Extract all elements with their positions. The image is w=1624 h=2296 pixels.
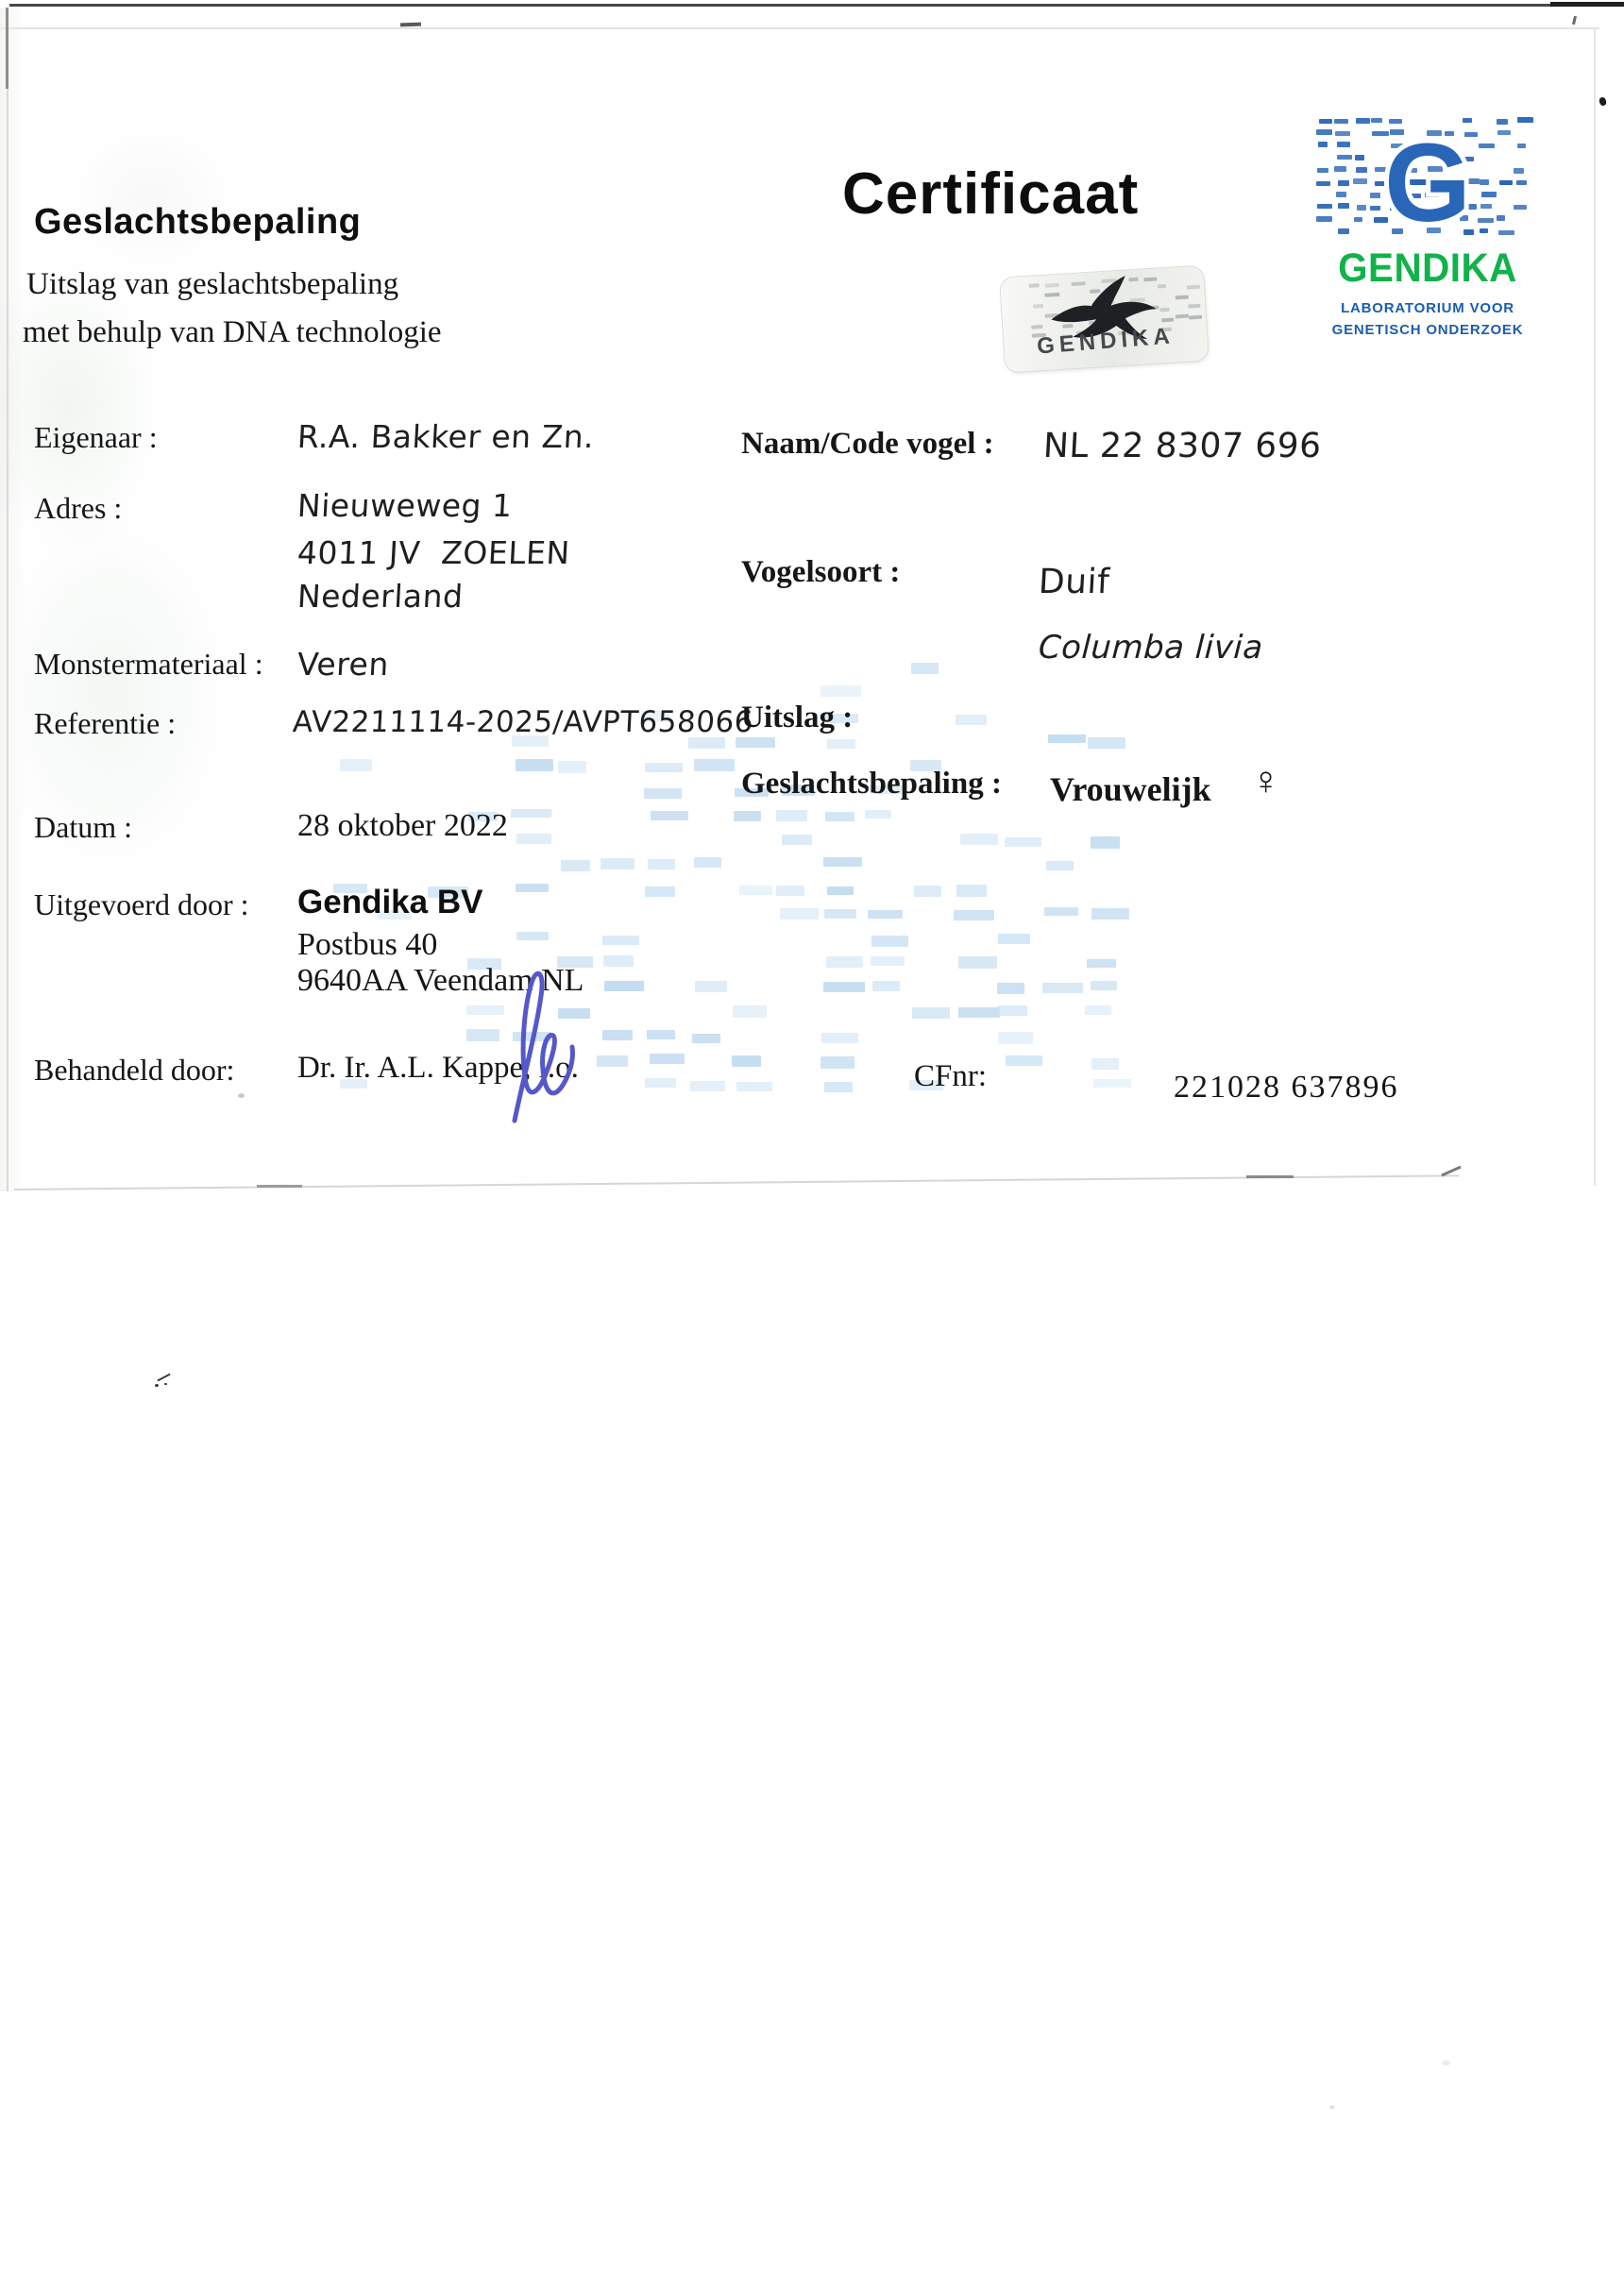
- field-label-naam-code-vogel: Naam/Code vogel :: [741, 427, 994, 462]
- paper-top-edge: [0, 27, 1599, 29]
- certificate-heading: Certificaat: [842, 160, 1139, 228]
- field-value-vogelsoort-latin: Columba livia: [1038, 629, 1264, 667]
- field-label-vogelsoort: Vogelsoort :: [741, 555, 900, 590]
- document-title: Geslachtsbepaling: [34, 202, 361, 243]
- document-subtitle-line1: Uitslag van geslachtsbepaling: [26, 267, 398, 302]
- ink-mark: [155, 1384, 159, 1387]
- svg-text:G: G: [1384, 121, 1471, 244]
- paper-bottom-edge: [14, 1174, 1459, 1190]
- field-label-behandeld-door: Behandeld door:: [34, 1053, 234, 1088]
- scan-speck: [1442, 2060, 1450, 2066]
- field-value-adres-line3: Nederland: [296, 578, 465, 615]
- field-label-monstermateriaal: Monstermateriaal :: [34, 647, 263, 682]
- field-value-eigenaar: R.A. Bakker en Zn.: [296, 418, 595, 455]
- field-value-cfnr: 221028 637896: [1174, 1070, 1399, 1106]
- field-value-uitgevoerd-company: Gendika BV: [297, 884, 482, 921]
- field-value-uitgevoerd-postbus: Postbus 40: [297, 927, 437, 963]
- dna-gel-g-icon: G: [1314, 115, 1541, 244]
- field-value-geslachtsbepaling: Vrouwelijk: [1050, 769, 1211, 809]
- field-value-adres-line1: Nieuweweg 1: [296, 487, 514, 524]
- field-label-eigenaar: Eigenaar :: [34, 420, 158, 455]
- field-label-cfnr: CFnr:: [914, 1059, 987, 1094]
- field-value-adres-line2: 4011 JV ZOELEN: [296, 534, 571, 571]
- field-label-uitslag: Uitslag :: [741, 701, 853, 735]
- document-subtitle-line2: met behulp van DNA technologie: [23, 315, 442, 350]
- field-label-uitgevoerd-door: Uitgevoerd door :: [34, 887, 249, 922]
- logo-tagline-line2: GENETISCH ONDERZOEK: [1314, 322, 1541, 338]
- scan-speck: [1329, 2105, 1335, 2109]
- female-symbol-icon: ♀: [1251, 759, 1281, 804]
- field-value-vogelsoort: Duif: [1038, 563, 1110, 601]
- scan-artifact-dot: [1599, 96, 1607, 107]
- ink-mark: [164, 1383, 167, 1385]
- scan-artifact-tick: [1572, 16, 1577, 25]
- scan-artifact-dash: [257, 1185, 302, 1188]
- paper-left-shadow: [0, 8, 25, 1191]
- scanned-certificate-page: Geslachtsbepaling Uitslag van geslachtsb…: [0, 0, 1624, 2296]
- paper-right-edge: [1594, 28, 1596, 1186]
- paper-left-edge-dark: [6, 8, 8, 89]
- gendika-logo-wordmark: GENDIKA: [1321, 245, 1534, 292]
- hologram-sticker: GENDIKA: [1000, 266, 1209, 373]
- field-value-referentie: AV2211114-2025/AVPT658066: [292, 705, 754, 739]
- field-label-referentie: Referentie :: [34, 706, 176, 741]
- scan-artifact-dash: [400, 23, 421, 27]
- scan-smudge: [57, 113, 245, 283]
- field-value-datum: 28 oktober 2022: [297, 808, 508, 844]
- field-label-datum: Datum :: [34, 810, 132, 845]
- field-label-adres: Adres :: [34, 491, 122, 526]
- handwritten-signature: [486, 949, 590, 1138]
- scan-top-edge-dark-segment: [1550, 2, 1624, 7]
- scan-speck: [238, 1093, 245, 1098]
- field-value-monstermateriaal: Veren: [296, 646, 390, 683]
- logo-tagline-line1: LABORATORIUM VOOR: [1314, 300, 1541, 316]
- field-label-geslachtsbepaling: Geslachtsbepaling :: [741, 767, 1002, 802]
- paper-left-edge: [7, 89, 8, 1191]
- scan-top-edge-line: [9, 4, 1620, 7]
- gendika-logo: G: [1314, 115, 1541, 244]
- field-value-naam-code-vogel: NL 22 8307 696: [1042, 427, 1323, 465]
- ink-mark: [157, 1374, 170, 1382]
- scan-artifact-dash: [1246, 1175, 1294, 1178]
